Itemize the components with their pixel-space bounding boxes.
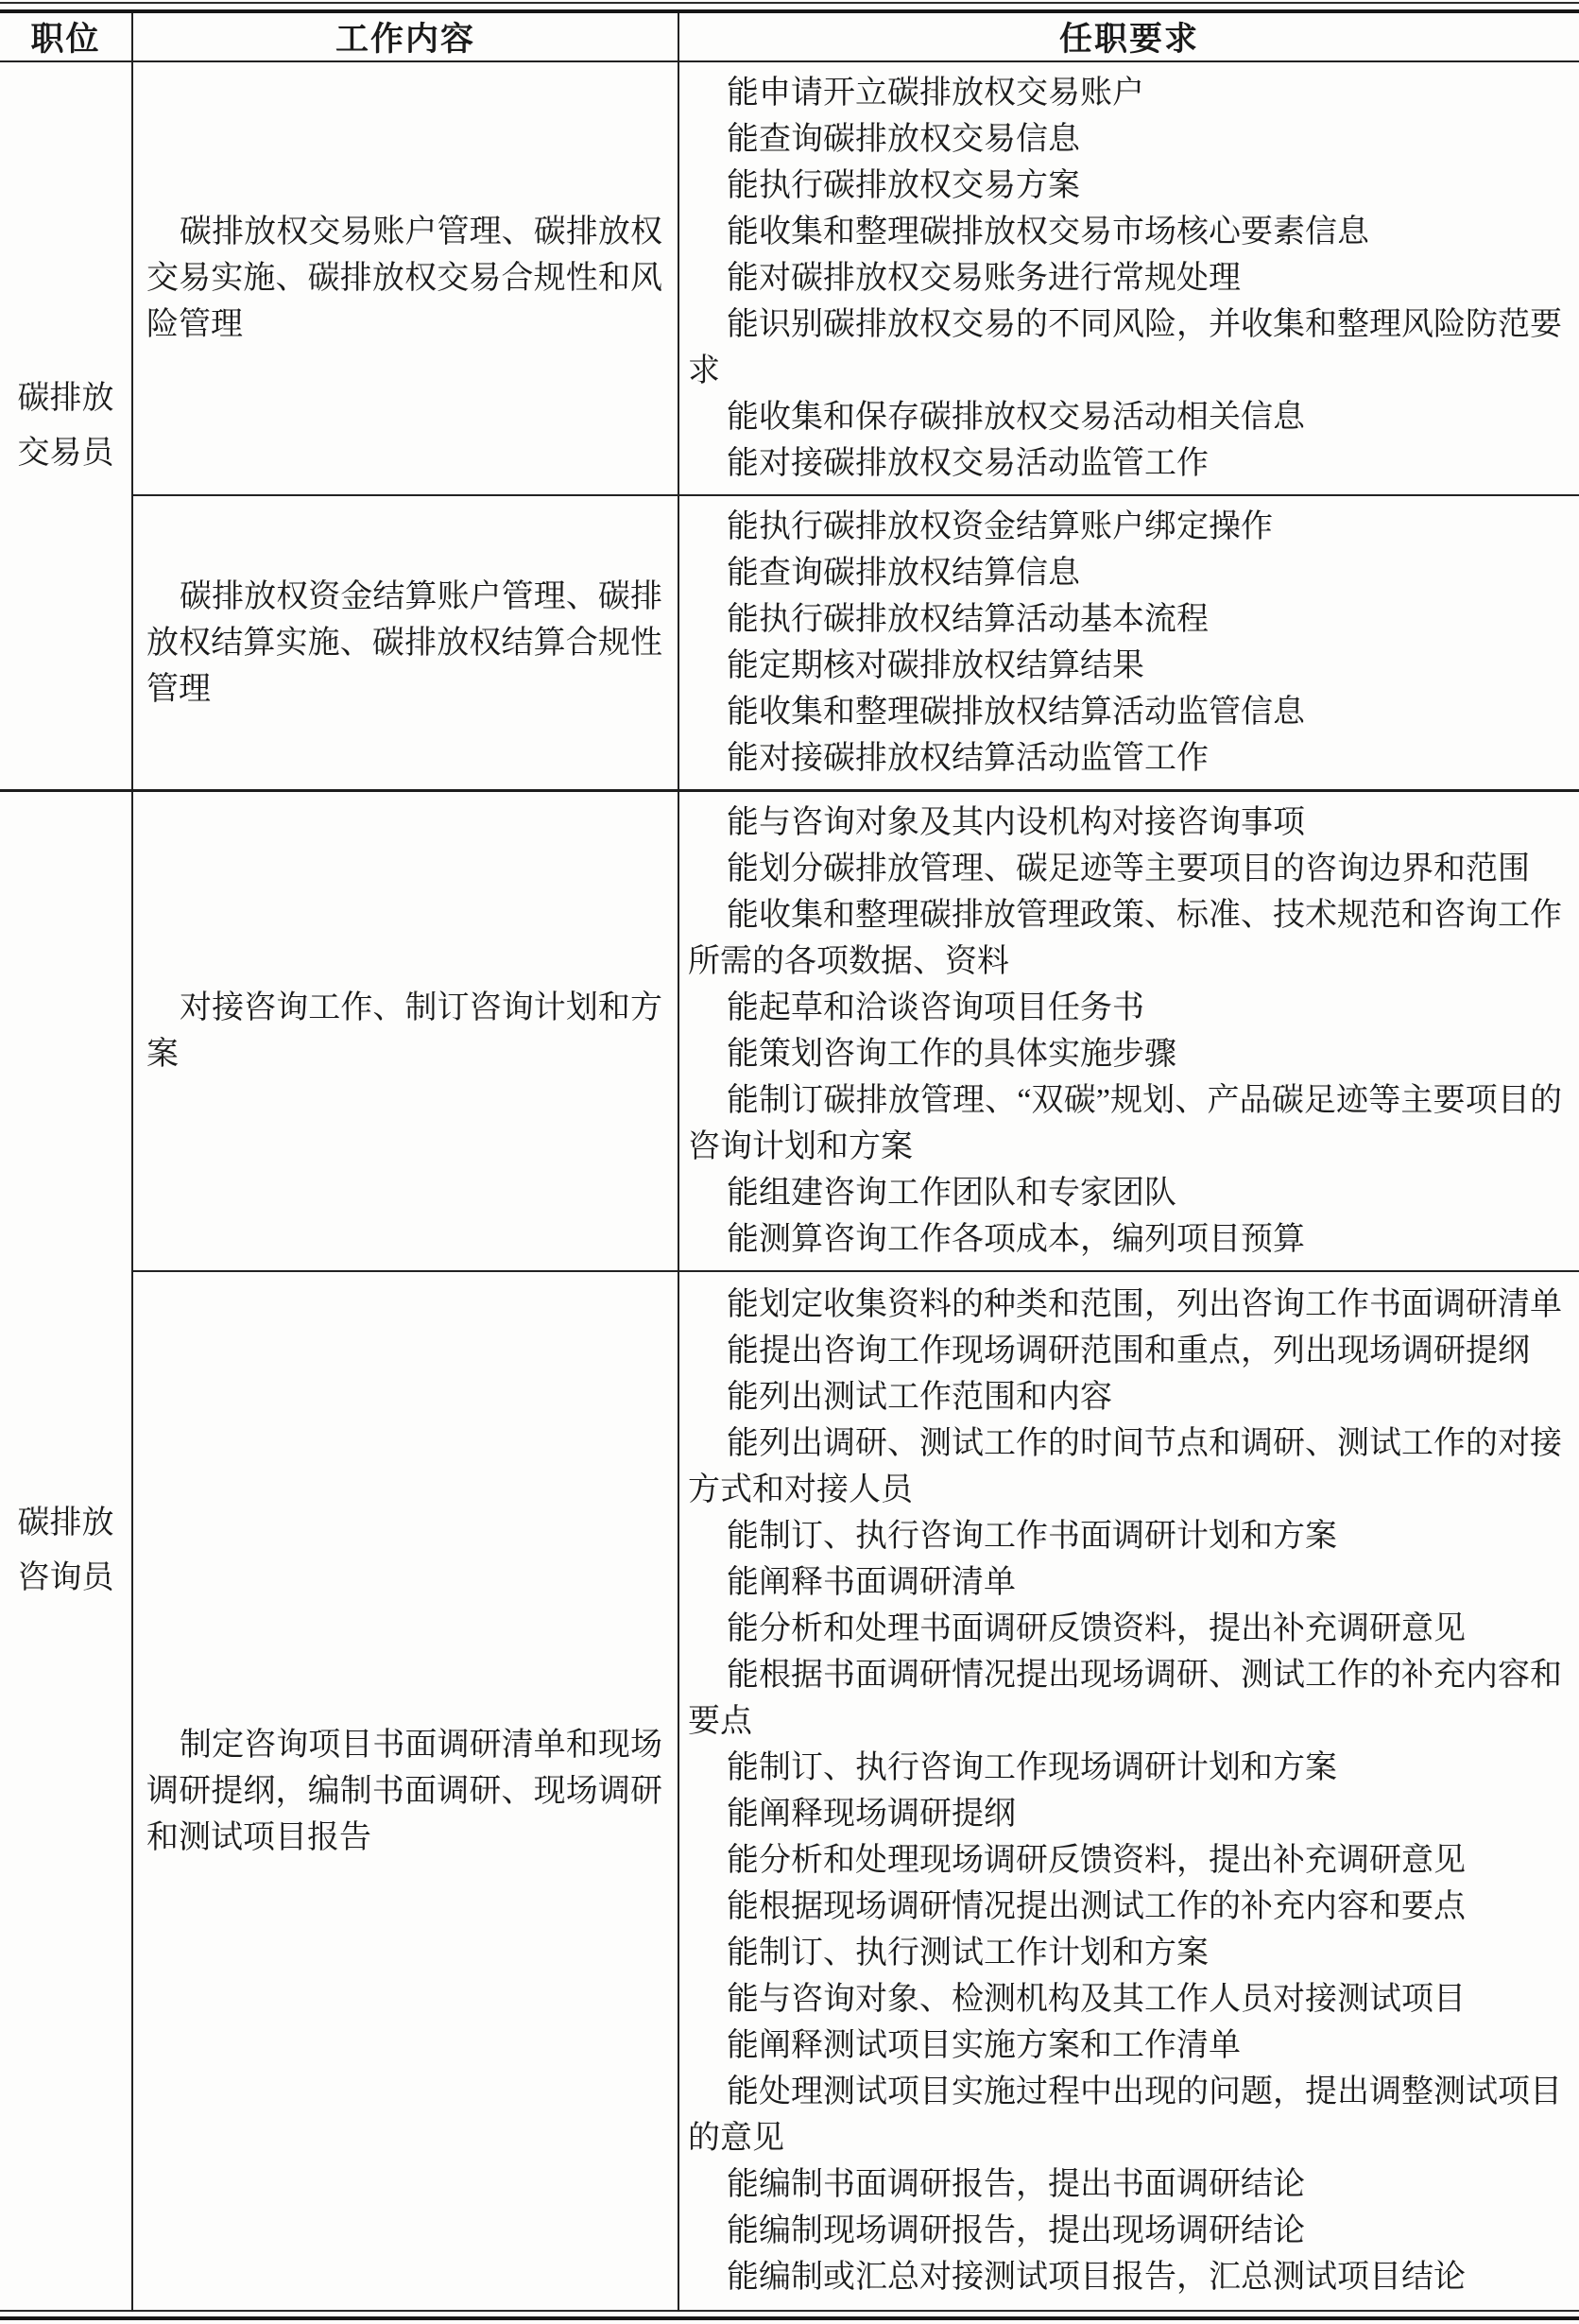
requirement-item: 能制订、执行测试工作计划和方案 bbox=[688, 1930, 1562, 1976]
document-page: 职位 工作内容 任职要求 碳排放 交易员 碳排放权交易账户管理、碳排放权交易实施… bbox=[0, 0, 1579, 2324]
table-row: 制定咨询项目书面调研清单和现场调研提纲，编制书面调研、现场调研和测试项目报告 能… bbox=[0, 1271, 1579, 2311]
header-row: 职位 工作内容 任职要求 bbox=[0, 11, 1579, 61]
position-name-line: 咨询员 bbox=[18, 1560, 114, 1595]
requirement-item: 能阐释书面调研清单 bbox=[688, 1559, 1562, 1606]
requirement-item: 能起草和洽谈咨询项目任务书 bbox=[688, 985, 1562, 1031]
position-name-line: 碳排放 bbox=[18, 1506, 114, 1541]
header-position: 职位 bbox=[0, 11, 132, 61]
duty-cell: 对接咨询工作、制订咨询计划和方案 bbox=[132, 791, 678, 1272]
requirement-item: 能处理测试项目实施过程中出现的问题，提出调整测试项目的意见 bbox=[688, 2069, 1562, 2161]
duty-cell: 碳排放权交易账户管理、碳排放权交易实施、碳排放权交易合规性和风险管理 bbox=[132, 61, 678, 495]
requirement-item: 能与咨询对象、检测机构及其工作人员对接测试项目 bbox=[688, 1976, 1562, 2023]
requirement-item: 能提出咨询工作现场调研范围和重点，列出现场调研提纲 bbox=[688, 1328, 1562, 1374]
requirement-item: 能对接碳排放权结算活动监管工作 bbox=[688, 735, 1562, 782]
requirement-item: 能制订、执行咨询工作现场调研计划和方案 bbox=[688, 1745, 1562, 1791]
position-name-line: 交易员 bbox=[18, 436, 114, 471]
position-cell-consultant: 碳排放 咨询员 bbox=[0, 791, 132, 2312]
requirement-item: 能申请开立碳排放权交易账户 bbox=[688, 70, 1562, 116]
requirement-item: 能根据现场调研情况提出测试工作的补充内容和要点 bbox=[688, 1884, 1562, 1930]
table-row: 碳排放 咨询员 对接咨询工作、制订咨询计划和方案 能与咨询对象及其内设机构对接咨… bbox=[0, 791, 1579, 1272]
requirement-item: 能根据书面调研情况提出现场调研、测试工作的补充内容和要点 bbox=[688, 1652, 1562, 1745]
requirement-item: 能对接碳排放权交易活动监管工作 bbox=[688, 440, 1562, 487]
top-thin-rule bbox=[0, 2, 1579, 4]
position-cell-trader: 碳排放 交易员 bbox=[0, 61, 132, 791]
requirement-item: 能编制书面调研报告，提出书面调研结论 bbox=[688, 2161, 1562, 2208]
requirement-item: 能定期核对碳排放权结算结果 bbox=[688, 643, 1562, 689]
position-duty-requirements-table: 职位 工作内容 任职要求 碳排放 交易员 碳排放权交易账户管理、碳排放权交易实施… bbox=[0, 9, 1579, 2312]
table-row: 碳排放 交易员 碳排放权交易账户管理、碳排放权交易实施、碳排放权交易合规性和风险… bbox=[0, 61, 1579, 495]
requirement-item: 能列出测试工作范围和内容 bbox=[688, 1374, 1562, 1420]
table-row: 碳排放权资金结算账户管理、碳排放权结算实施、碳排放权结算合规性管理 能执行碳排放… bbox=[0, 495, 1579, 791]
duty-text: 制定咨询项目书面调研清单和现场调研提纲，编制书面调研、现场调研和测试项目报告 bbox=[146, 1722, 662, 1861]
requirement-item: 能对碳排放权交易账务进行常规处理 bbox=[688, 255, 1562, 301]
requirements-cell: 能与咨询对象及其内设机构对接咨询事项 能划分碳排放管理、碳足迹等主要项目的咨询边… bbox=[678, 791, 1579, 1272]
requirement-item: 能划定收集资料的种类和范围，列出咨询工作书面调研清单 bbox=[688, 1282, 1562, 1328]
requirement-item: 能划分碳排放管理、碳足迹等主要项目的咨询边界和范围 bbox=[688, 846, 1562, 892]
requirement-item: 能与咨询对象及其内设机构对接咨询事项 bbox=[688, 800, 1562, 846]
requirements-cell: 能申请开立碳排放权交易账户 能查询碳排放权交易信息 能执行碳排放权交易方案 能收… bbox=[678, 61, 1579, 495]
requirement-item: 能阐释测试项目实施方案和工作清单 bbox=[688, 2023, 1562, 2069]
requirement-item: 能制订碳排放管理、“双碳”规划、产品碳足迹等主要项目的咨询计划和方案 bbox=[688, 1077, 1562, 1170]
requirement-item: 能阐释现场调研提纲 bbox=[688, 1791, 1562, 1837]
requirement-item: 能识别碳排放权交易的不同风险，并收集和整理风险防范要求 bbox=[688, 301, 1562, 394]
requirement-item: 能收集和整理碳排放管理政策、标准、技术规范和咨询工作所需的各项数据、资料 bbox=[688, 892, 1562, 985]
requirements-cell: 能划定收集资料的种类和范围，列出咨询工作书面调研清单 能提出咨询工作现场调研范围… bbox=[678, 1271, 1579, 2311]
requirement-item: 能执行碳排放权交易方案 bbox=[688, 163, 1562, 209]
requirement-item: 能编制或汇总对接测试项目报告，汇总测试项目结论 bbox=[688, 2254, 1562, 2300]
bottom-thick-rule bbox=[0, 2316, 1579, 2320]
requirement-item: 能收集和整理碳排放权结算活动监管信息 bbox=[688, 689, 1562, 735]
requirement-item: 能执行碳排放权资金结算账户绑定操作 bbox=[688, 504, 1562, 550]
duty-cell: 制定咨询项目书面调研清单和现场调研提纲，编制书面调研、现场调研和测试项目报告 bbox=[132, 1271, 678, 2311]
duty-text: 对接咨询工作、制订咨询计划和方案 bbox=[146, 985, 662, 1077]
requirement-item: 能执行碳排放权结算活动基本流程 bbox=[688, 596, 1562, 643]
position-name-line: 碳排放 bbox=[18, 381, 114, 416]
table-header: 职位 工作内容 任职要求 bbox=[0, 11, 1579, 61]
requirement-item: 能测算咨询工作各项成本，编列项目预算 bbox=[688, 1216, 1562, 1263]
requirement-item: 能列出调研、测试工作的时间节点和调研、测试工作的对接方式和对接人员 bbox=[688, 1420, 1562, 1513]
requirement-item: 能收集和整理碳排放权交易市场核心要素信息 bbox=[688, 209, 1562, 255]
header-requirements: 任职要求 bbox=[678, 11, 1579, 61]
duty-cell: 碳排放权资金结算账户管理、碳排放权结算实施、碳排放权结算合规性管理 bbox=[132, 495, 678, 791]
requirement-item: 能查询碳排放权交易信息 bbox=[688, 116, 1562, 163]
requirement-item: 能制订、执行咨询工作书面调研计划和方案 bbox=[688, 1513, 1562, 1559]
requirements-cell: 能执行碳排放权资金结算账户绑定操作 能查询碳排放权结算信息 能执行碳排放权结算活… bbox=[678, 495, 1579, 791]
requirement-item: 能收集和保存碳排放权交易活动相关信息 bbox=[688, 394, 1562, 440]
header-duties: 工作内容 bbox=[132, 11, 678, 61]
requirement-item: 能分析和处理现场调研反馈资料，提出补充调研意见 bbox=[688, 1837, 1562, 1884]
requirement-item: 能分析和处理书面调研反馈资料，提出补充调研意见 bbox=[688, 1606, 1562, 1652]
requirement-item: 能组建咨询工作团队和专家团队 bbox=[688, 1170, 1562, 1216]
requirement-item: 能策划咨询工作的具体实施步骤 bbox=[688, 1031, 1562, 1077]
duty-text: 碳排放权交易账户管理、碳排放权交易实施、碳排放权交易合规性和风险管理 bbox=[146, 209, 662, 348]
requirement-item: 能编制现场调研报告，提出现场调研结论 bbox=[688, 2208, 1562, 2254]
requirement-item: 能查询碳排放权结算信息 bbox=[688, 550, 1562, 596]
duty-text: 碳排放权资金结算账户管理、碳排放权结算实施、碳排放权结算合规性管理 bbox=[146, 574, 662, 713]
